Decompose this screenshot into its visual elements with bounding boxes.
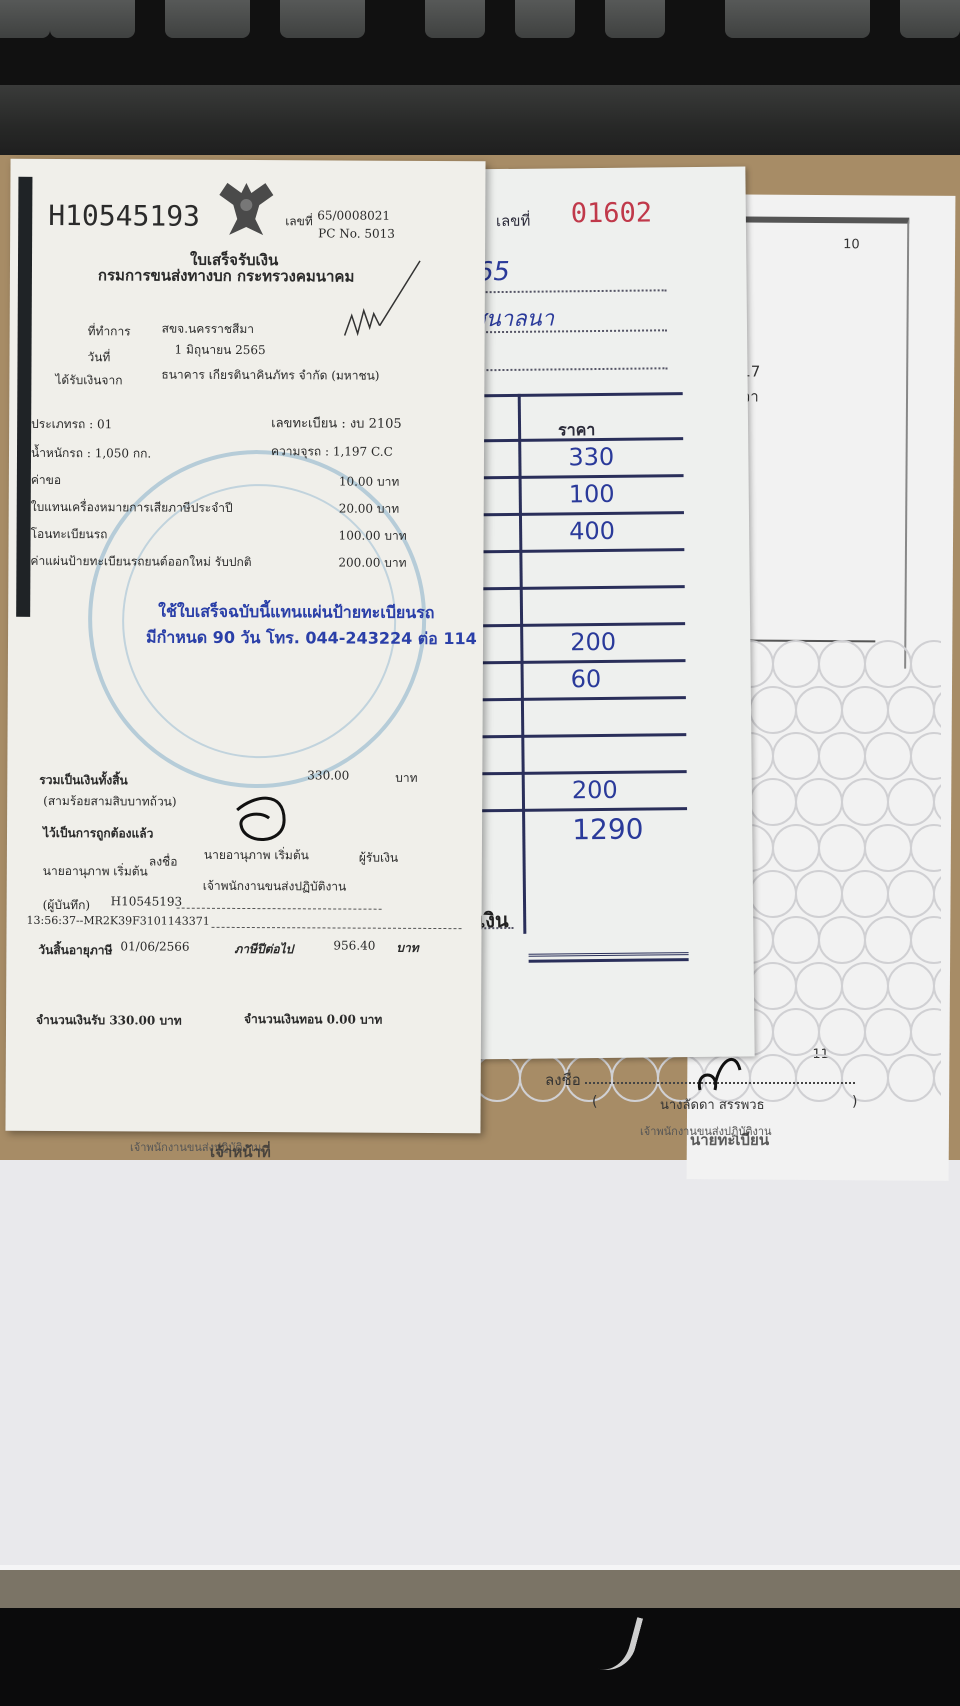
watermark-circle: [749, 870, 797, 918]
watermark-circle: [864, 824, 912, 872]
signer-close-paren: ): [852, 1094, 857, 1110]
watermark-circle: [818, 824, 866, 872]
watermark-circle: [887, 778, 935, 826]
watermark-circle: [864, 732, 912, 780]
price-cell: 330: [568, 443, 614, 471]
table-row-line: [450, 622, 685, 627]
fee-item-amount: 100.00 บาท: [339, 526, 407, 545]
page-number-top: 10: [843, 237, 860, 252]
signer-name: นายอานุภาพ เริ่มต้น: [204, 846, 309, 866]
keyboard-key: [0, 0, 50, 38]
watermark-circle: [795, 1054, 843, 1102]
total-amount: 330.00: [307, 768, 349, 782]
receipt-no-label: เลขที่: [496, 209, 531, 233]
watermark-circle: [910, 916, 941, 964]
keyboard-key: [515, 0, 575, 38]
watermark-circle: [910, 1008, 941, 1056]
watermark-circle: [864, 640, 912, 688]
watermark-circle: [933, 870, 941, 918]
watermark-circle: [864, 916, 912, 964]
engine-size: ความจุรถ : 1,197 C.C: [271, 442, 393, 462]
change-amount: จำนวนเงินทอน 0.00 บาท: [244, 1010, 382, 1030]
watermark-circle: [841, 1054, 889, 1102]
tax-expiry-label: วันสิ้นอายุภาษี: [38, 941, 112, 960]
total-in-words: (สามร้อยสามสิบบาทถ้วน): [43, 792, 177, 812]
watermark-circle: [910, 732, 941, 780]
receipt-ref-code: H10545193: [48, 199, 200, 233]
verified-label: ไว้เป็นการถูกต้องแล้ว: [43, 824, 153, 844]
next-tax-label: ภาษีปีต่อไป: [234, 940, 293, 959]
total-value: 1290: [572, 813, 644, 847]
recorder-label: (ผู้บันทึก): [43, 896, 90, 915]
watermark-circle: [841, 686, 889, 734]
temp-plate-notice: ใช้ใบเสร็จฉบับนี้แทนแผ่นป้ายทะเบียนรถ: [158, 600, 434, 626]
watermark-circle: [887, 870, 935, 918]
doc-no-label: เลขที่: [285, 212, 313, 231]
total-label: รวมเป็นเงินทั้งสิ้น: [39, 771, 128, 790]
watermark-circle: [841, 870, 889, 918]
watermark-circle: [818, 732, 866, 780]
handwritten-mark: [229, 790, 299, 850]
desk-edge: [0, 1570, 960, 1610]
under-desk-shadow: [0, 1608, 960, 1706]
watermark-circle: [818, 1008, 866, 1056]
fee-item-amount: 20.00 บาท: [339, 499, 400, 518]
vehicle-weight: น้ำหนักรถ : 1,050 กก.: [31, 444, 151, 464]
keyboard-key: [425, 0, 485, 38]
pc-no: PC No. 5013: [318, 226, 395, 240]
watermark-circle: [749, 778, 797, 826]
office-value: สขจ.นครราชสีมา: [162, 320, 254, 339]
table-row-line: [451, 733, 686, 738]
watermark-circle: [795, 686, 843, 734]
keyboard-key: [605, 0, 665, 38]
fee-item-label: ค่าแผ่นป้ายทะเบียนรถยนต์ออกใหม่ รับปกติ: [30, 552, 251, 572]
watermark-circle: [887, 686, 935, 734]
department-name: กรมการขนส่งทางบก กระทรวงคมนาคม: [98, 263, 355, 288]
temp-plate-contact: มีกำหนด 90 วัน โทร. 044-243224 ต่อ 114: [146, 625, 477, 652]
registrar-role: นายทะเบียน: [690, 1128, 769, 1152]
watermark-circle: [910, 640, 941, 688]
total-currency: บาท: [395, 769, 417, 788]
keyboard-key: [280, 0, 365, 38]
recorder-name: นายอานุภาพ เริ่มต้น: [43, 862, 148, 882]
watermark-circle: [772, 1008, 820, 1056]
dashed-separator: [212, 927, 462, 929]
next-tax-currency: บาท: [396, 939, 418, 958]
sign-label: ลงชื่อ: [149, 852, 178, 871]
watermark-circle: [795, 870, 843, 918]
table-row-line: [450, 585, 685, 590]
next-tax-amount: 956.40: [333, 938, 375, 952]
watermark-circle: [933, 1054, 941, 1102]
keyboard-key: [900, 0, 960, 38]
watermark-circle: [749, 686, 797, 734]
watermark-circle: [772, 824, 820, 872]
watermark-circle: [841, 962, 889, 1010]
watermark-circle: [818, 640, 866, 688]
office-label: ที่ทำการ: [88, 322, 131, 341]
table-row-line: [449, 548, 684, 553]
keyboard-key: [50, 0, 135, 38]
initial-signature: [340, 255, 430, 345]
watermark-circle: [772, 640, 820, 688]
sign-label: ลงชื่อ: [545, 1068, 581, 1092]
watermark-circle: [887, 962, 935, 1010]
tax-expiry-date: 01/06/2566: [120, 939, 189, 953]
watermark-circle: [933, 962, 941, 1010]
receipt-edge-bar: [16, 177, 32, 617]
doc-no: 65/0008021: [317, 208, 390, 222]
amount-received: จำนวนเงินรับ 330.00 บาท: [36, 1011, 182, 1031]
fee-item-amount: 10.00 บาท: [339, 472, 400, 491]
table-row-line: [452, 807, 687, 812]
price-cell: 200: [572, 776, 618, 804]
price-cell: 200: [570, 628, 616, 656]
garuda-emblem-icon: [215, 175, 277, 245]
watermark-circle: [795, 778, 843, 826]
vehicle-type: ประเภทรถ : 01: [31, 415, 112, 434]
watermark-circle: [910, 824, 941, 872]
plate-number: เลขทะเบียน : งบ 2105: [271, 412, 402, 434]
table-row-line: [451, 696, 686, 701]
table-row-line: [449, 511, 684, 516]
dashed-separator: [177, 908, 382, 910]
watermark-circle: [795, 962, 843, 1010]
fee-item-amount: 200.00 บาท: [338, 553, 406, 572]
date-value: 1 มิถุนายน 2565: [174, 341, 265, 360]
keyboard-key: [165, 0, 250, 38]
watermark-circle: [933, 686, 941, 734]
watermark-circle: [933, 778, 941, 826]
watermark-circle: [772, 732, 820, 780]
handwritten-receipt: เลขที่ 01602 -6-65 โนศนาลนา ราคา ม้ 3301…: [445, 166, 754, 1059]
keyboard-base: [0, 85, 960, 155]
receipt-number: 01602: [571, 197, 653, 229]
receiver-label: ผู้รับเงิน: [359, 849, 398, 868]
watermark-circle: [841, 778, 889, 826]
backing-sheet: [0, 1160, 960, 1581]
watermark-circle: [772, 916, 820, 964]
officer-title: เจ้าพนักงานขนส่งปฏิบัติงาน: [203, 877, 347, 897]
fee-item-label: โอนทะเบียนรถ: [31, 525, 108, 544]
dlt-official-receipt: H10545193 เลขที่ 65/0008021 PC No. 5013 …: [5, 159, 485, 1133]
signer-open-paren: (: [592, 1094, 597, 1110]
table-row-line: [451, 659, 686, 664]
total-underline: [529, 952, 689, 963]
received-from-label: ได้รับเงินจาก: [55, 371, 122, 390]
left-officer-title: เจ้าหน้าที่: [210, 1140, 271, 1164]
fee-item-label: ใบแทนเครื่องหมายการเสียภาษีประจำปี: [31, 498, 233, 518]
watermark-circle: [818, 916, 866, 964]
table-row-line: [452, 770, 687, 775]
received-from-value: ธนาคาร เกียรตินาคินภัทร จำกัด (มหาชน): [161, 366, 379, 386]
watermark-circle: [864, 1008, 912, 1056]
price-cell: 60: [571, 665, 602, 693]
price-cell: 100: [569, 480, 615, 508]
recorder-code: H10545193: [111, 894, 183, 908]
price-cell: 400: [569, 517, 615, 545]
trace-line: 13:56:37--MR2K39F3101143371: [27, 914, 210, 928]
fee-item-label: ค่าขอ: [31, 471, 61, 490]
watermark-circle: [611, 1054, 659, 1102]
watermark-circle: [887, 1054, 935, 1102]
keyboard-key: [725, 0, 870, 38]
date-label: วันที่: [87, 348, 110, 367]
watermark-circle: [749, 962, 797, 1010]
